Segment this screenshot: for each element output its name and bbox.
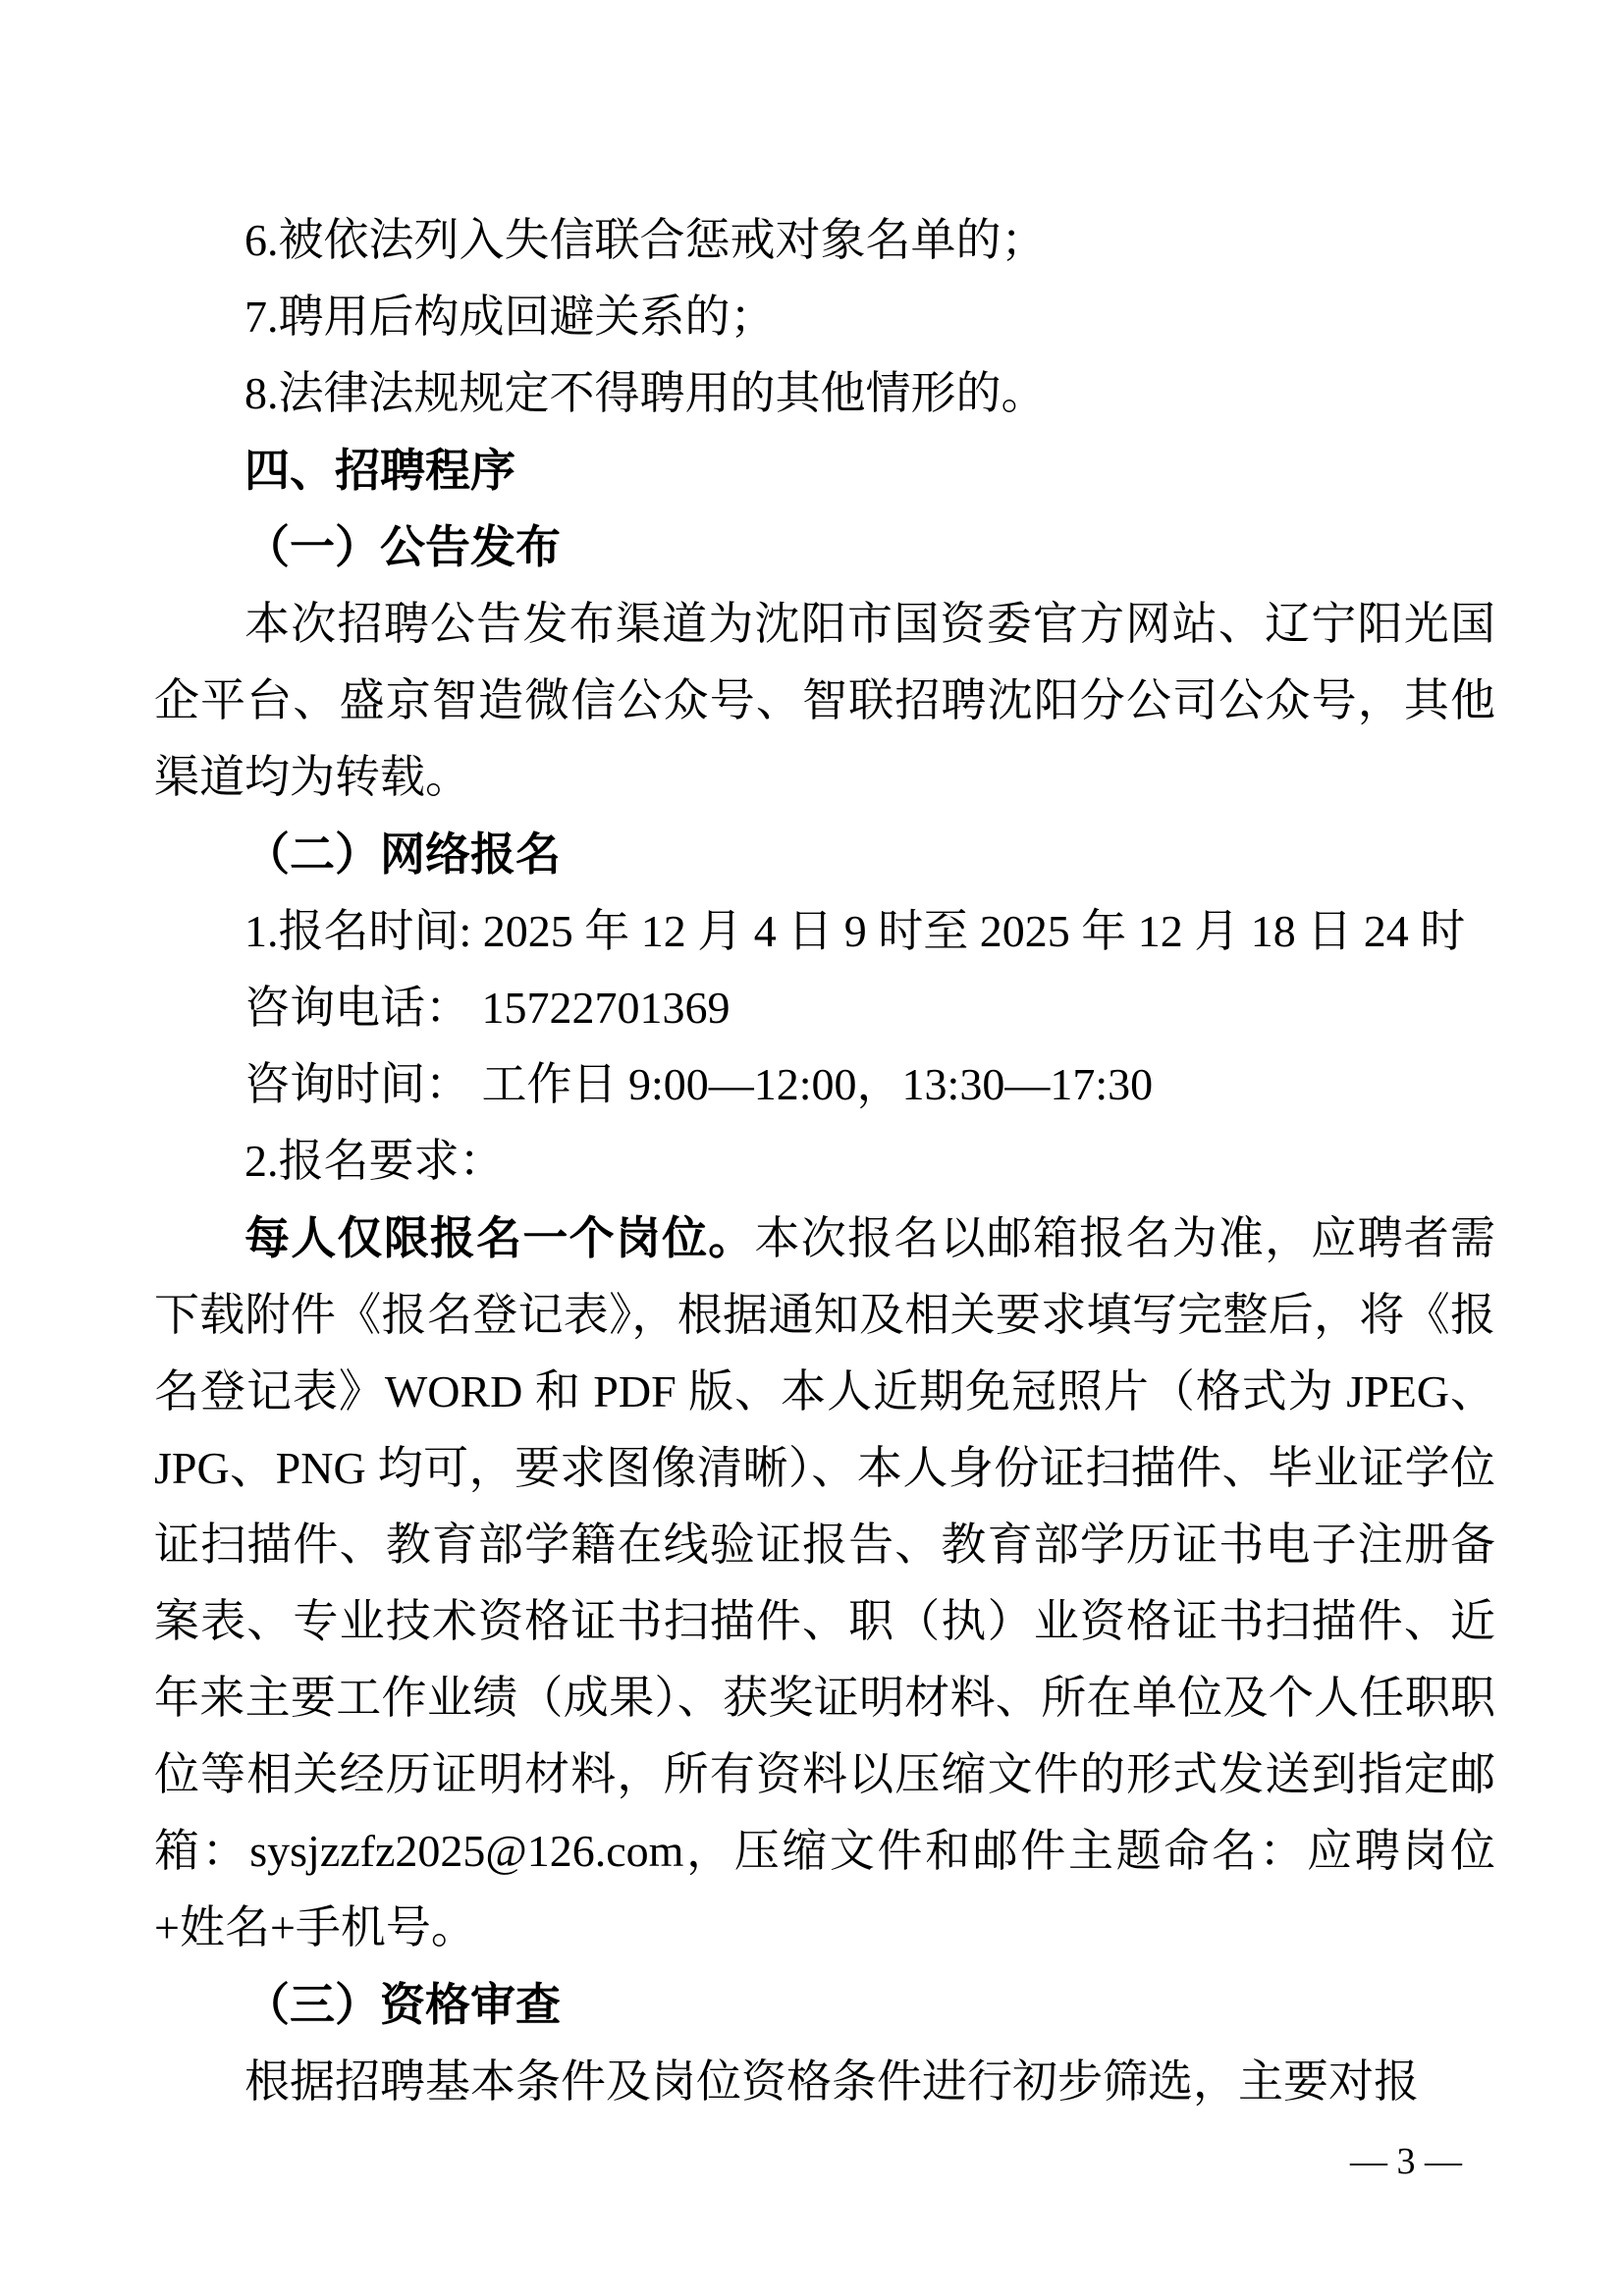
- paragraph: 本次招聘公告发布渠道为沈阳市国资委官方网站、辽宁阳光国企平台、盛京智造微信公众号…: [154, 586, 1495, 816]
- bold-text-run: 四、招聘程序: [244, 445, 515, 496]
- paragraph: 每人仅限报名一个岗位。本次报名以邮箱报名为准，应聘者需下载附件《报名登记表》，根…: [154, 1200, 1495, 1966]
- text-run: 本次招聘公告发布渠道为沈阳市国资委官方网站、辽宁阳光国企平台、盛京智造微信公众号…: [154, 599, 1495, 802]
- paragraph: 根据招聘基本条件及岗位资格条件进行初步筛选，主要对报: [154, 2044, 1495, 2120]
- text-run: 6.被依法列入失信联合惩戒对象名单的；: [244, 215, 1047, 265]
- text-run: 8.法律法规规定不得聘用的其他情形的。: [244, 368, 1047, 418]
- list-line: 咨询电话： 15722701369: [154, 970, 1495, 1046]
- text-run: 咨询电话： 15722701369: [244, 983, 731, 1033]
- heading-level-1: 四、招聘程序: [154, 432, 1495, 508]
- text-run: 1.报名时间: 2025 年 12 月 4 日 9 时至 2025 年 12 月…: [244, 906, 1465, 956]
- text-run: 7.聘用后构成回避关系的；: [244, 292, 776, 342]
- document-body: 6.被依法列入失信联合惩戒对象名单的；7.聘用后构成回避关系的；8.法律法规规定…: [154, 202, 1495, 2120]
- heading-level-2: （三）资格审查: [154, 1966, 1495, 2044]
- list-line: 1.报名时间: 2025 年 12 月 4 日 9 时至 2025 年 12 月…: [154, 893, 1495, 970]
- heading-level-2: （一）公告发布: [154, 508, 1495, 586]
- text-run: 咨询时间： 工作日 9:00—12:00，13:30—17:30: [244, 1059, 1153, 1109]
- list-line: 7.聘用后构成回避关系的；: [154, 279, 1495, 355]
- list-line: 8.法律法规规定不得聘用的其他情形的。: [154, 355, 1495, 432]
- document-page: 6.被依法列入失信联合惩戒对象名单的；7.聘用后构成回避关系的；8.法律法规规定…: [0, 0, 1624, 2296]
- list-line: 6.被依法列入失信联合惩戒对象名单的；: [154, 202, 1495, 279]
- bold-text-run: （一）公告发布: [244, 521, 561, 572]
- bold-text-run: （二）网络报名: [244, 828, 561, 880]
- text-run: 本次报名以邮箱报名为准，应聘者需下载附件《报名登记表》，根据通知及相关要求填写完…: [154, 1213, 1495, 1952]
- bold-text-run: （三）资格审查: [244, 1979, 561, 2030]
- bold-text-run: 每人仅限报名一个岗位。: [244, 1212, 755, 1263]
- text-run: 2.报名要求：: [244, 1136, 505, 1186]
- heading-level-2: （二）网络报名: [154, 816, 1495, 893]
- text-run: 根据招聘基本条件及岗位资格条件进行初步筛选，主要对报: [244, 2056, 1419, 2107]
- list-line: 2.报名要求：: [154, 1123, 1495, 1200]
- list-line: 咨询时间： 工作日 9:00—12:00，13:30—17:30: [154, 1046, 1495, 1123]
- page-number: — 3 —: [1350, 2138, 1462, 2185]
